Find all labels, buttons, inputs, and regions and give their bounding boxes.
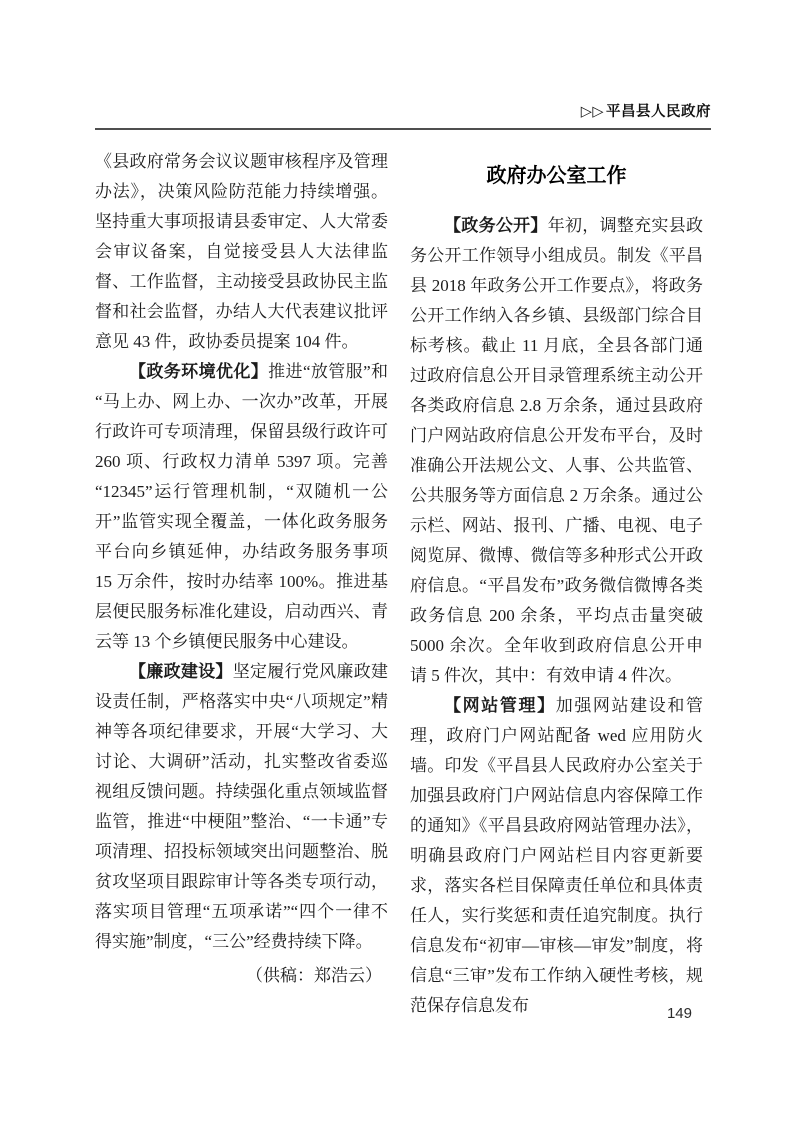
page-number: 149: [95, 1005, 711, 1022]
entry-lead: 【政务环境优化】: [129, 362, 268, 381]
left-column: 《县政府常务会议议题审核程序及管理办法》，决策风险防范能力持续增强。坚持重大事项…: [95, 147, 388, 1021]
paragraph-text: 年初，调整充实县政务公开工作领导小组成员。制发《平昌县 2018 年政务公开工作…: [410, 216, 703, 685]
paragraph-text: 坚定履行党风廉政建设责任制，严格落实中央“八项规定”精神等各项纪律要求，开展“大…: [95, 662, 388, 951]
paragraph-clean-governance: 【廉政建设】坚定履行党风廉政建设责任制，严格落实中央“八项规定”精神等各项纪律要…: [95, 657, 388, 957]
paragraph-gov-openness: 【政务公开】年初，调整充实县政务公开工作领导小组成员。制发《平昌县 2018 年…: [410, 211, 703, 691]
double-triangle-icon: ▷▷: [581, 104, 604, 120]
paragraph-text: 《县政府常务会议议题审核程序及管理办法》，决策风险防范能力持续增强。坚持重大事项…: [95, 152, 388, 351]
right-column: 政府办公室工作 【政务公开】年初，调整充实县政务公开工作领导小组成员。制发《平昌…: [410, 147, 703, 1021]
entry-lead: 【政务公开】: [444, 216, 548, 235]
page-header: ▷▷ 平昌县人民政府: [95, 100, 711, 130]
contributor-byline: （供稿：郑浩云）: [95, 961, 388, 991]
paragraph-continuation: 《县政府常务会议议题审核程序及管理办法》，决策风险防范能力持续增强。坚持重大事项…: [95, 147, 388, 357]
content-columns: 《县政府常务会议议题审核程序及管理办法》，决策风险防范能力持续增强。坚持重大事项…: [95, 147, 711, 1021]
entry-lead: 【廉政建设】: [129, 662, 233, 681]
document-page: ▷▷ 平昌县人民政府 《县政府常务会议议题审核程序及管理办法》，决策风险防范能力…: [0, 0, 793, 1122]
paragraph-text: 加强网站建设和管理，政府门户网站配备 wed 应用防火墙。印发《平昌县人民政府办…: [410, 696, 703, 1015]
paragraph-website-management: 【网站管理】加强网站建设和管理，政府门户网站配备 wed 应用防火墙。印发《平昌…: [410, 691, 703, 1021]
paragraph-text: 推进“放管服”和“马上办、网上办、一次办”改革，开展行政许可专项清理，保留县级行…: [95, 362, 388, 651]
page-content: ▷▷ 平昌县人民政府 《县政府常务会议议题审核程序及管理办法》，决策风险防范能力…: [95, 100, 711, 1021]
section-heading: 政府办公室工作: [410, 161, 703, 191]
paragraph-gov-environment: 【政务环境优化】推进“放管服”和“马上办、网上办、一次办”改革，开展行政许可专项…: [95, 357, 388, 657]
entry-lead: 【网站管理】: [444, 696, 556, 715]
header-title: 平昌县人民政府: [606, 100, 711, 121]
